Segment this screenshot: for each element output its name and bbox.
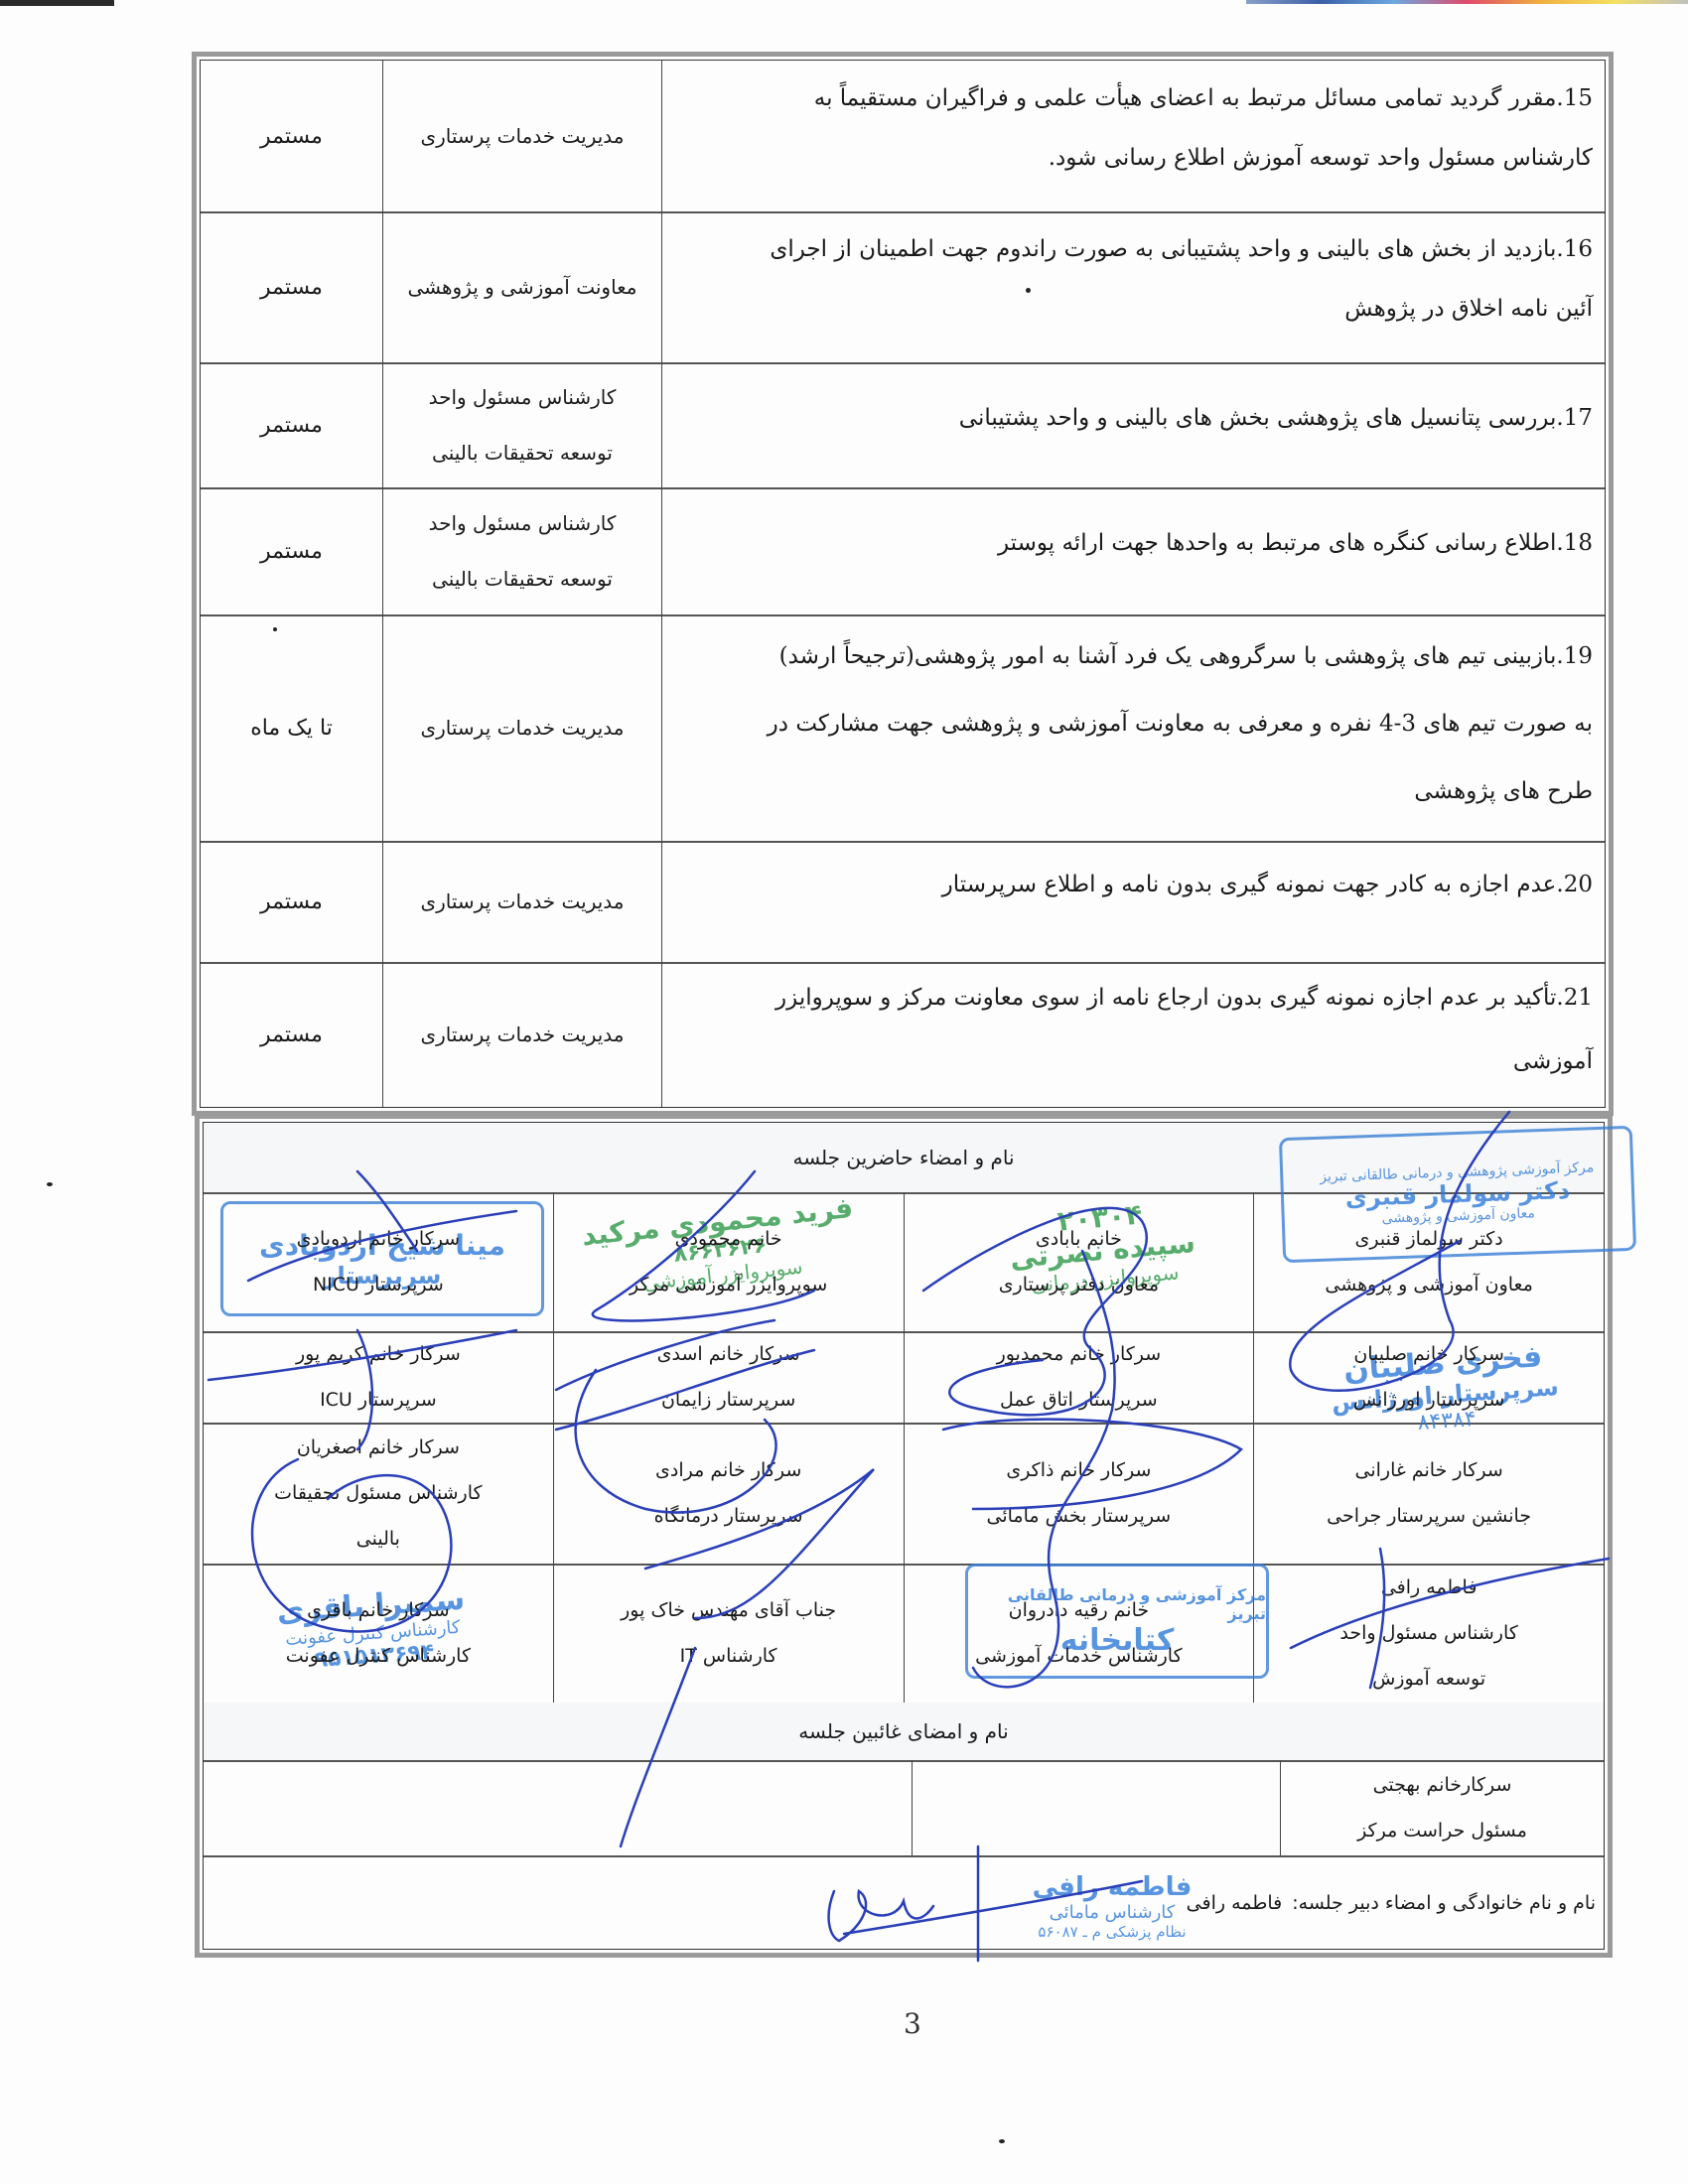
scan-speck — [47, 1182, 53, 1186]
description-cell: 15.مقرر گردید تمامی مسائل مرتبط به اعضای… — [662, 61, 1605, 211]
responsible-line: مدیریت خدمات پرستاری — [420, 1007, 624, 1062]
attendee-cell: سرکار خانم اسدی سرپرستار زایمان — [553, 1331, 904, 1423]
attendee-cell: سرکار خانم اصغریان کارشناس مسئول تحقیقات… — [204, 1423, 553, 1564]
deadline-cell: مستمر — [201, 362, 383, 487]
description-cell: 17.بررسی پتانسیل های پژوهشی بخش های بالی… — [662, 362, 1605, 487]
attendee-role: سرپرستار اتاق عمل — [1000, 1377, 1158, 1423]
absentee-name: سرکارخانم بهجتی — [1373, 1762, 1512, 1808]
description-line: 18.اطلاع رسانی کنگره های مرتبط به واحدها… — [680, 513, 1593, 573]
stamp-name: فاطمه رافی — [1033, 1872, 1193, 1902]
description-line: به صورت تیم های 3-4 نفره و معرفی به معاو… — [680, 690, 1593, 757]
attendee-name: سرکار خانم صلیبان — [1353, 1331, 1504, 1377]
responsible-cell: مدیریت خدمات پرستاری — [383, 841, 662, 962]
description-line: 20.عدم اجازه به کادر جهت نمونه گیری بدون… — [680, 855, 1593, 914]
responsible-cell: مدیریت خدمات پرستاری — [383, 614, 662, 841]
absentees-header: نام و امضای غائبین جلسه — [204, 1703, 1604, 1762]
attendees-row-2: سرکار خانم صلیبان سرپرستار اورژانس سرکار… — [204, 1331, 1604, 1425]
description-line: آموزشی — [680, 1029, 1593, 1093]
responsible-line: معاونت آموزشی و پژوهشی — [407, 259, 636, 315]
stamp-secretary: فاطمه رافی کارشناس مامائی نظام پزشکی م ـ… — [983, 1856, 1241, 1956]
responsible-line: کارشناس مسئول واحد — [429, 495, 617, 551]
scan-speck — [1026, 288, 1031, 293]
attendee-name: خانم محمودی — [675, 1216, 782, 1262]
responsible-cell: کارشناس مسئول واحد توسعه تحقیقات بالینی — [383, 487, 662, 614]
attendee-name: دکتر سولماز قنبری — [1355, 1216, 1503, 1262]
attendee-name: سرکار خانم کریم پور — [296, 1331, 461, 1377]
attendee-cell: جناب آقای مهندس خاک پور کارشناس IT — [553, 1564, 904, 1703]
responsible-cell: کارشناس مسئول واحد توسعه تحقیقات بالینی — [383, 362, 662, 487]
attendee-role: سرپرستار ICU — [320, 1377, 437, 1423]
deadline-cell: تا یک ماه — [201, 614, 383, 841]
attendee-name: سرکار خانم ذاکری — [1006, 1447, 1151, 1493]
action-row-15: مستمر مدیریت خدمات پرستاری 15.مقرر گردید… — [201, 61, 1605, 213]
scan-speck — [273, 627, 277, 631]
attendee-name: جناب آقای مهندس خاک پور — [621, 1587, 836, 1633]
responsible-line: توسعه تحقیقات بالینی — [432, 425, 613, 480]
attendee-name: خانم بابادی — [1036, 1216, 1122, 1262]
description-cell: 18.اطلاع رسانی کنگره های مرتبط به واحدها… — [662, 487, 1605, 614]
responsible-line: مدیریت خدمات پرستاری — [420, 874, 624, 929]
page-number: 3 — [904, 2007, 921, 2040]
action-row-18: مستمر کارشناس مسئول واحد توسعه تحقیقات ب… — [201, 487, 1605, 616]
attendee-role: سرپرستار درمانگاه — [654, 1493, 803, 1539]
attendee-name: فاطمه رافی — [1381, 1565, 1477, 1610]
attendee-role: سوپروایزر آموزشی مرکز — [630, 1262, 827, 1307]
deadline-cell: مستمر — [201, 841, 383, 962]
responsible-cell: معاونت آموزشی و پژوهشی — [383, 211, 662, 362]
deadline-cell: مستمر — [201, 211, 383, 362]
action-row-17: مستمر کارشناس مسئول واحد توسعه تحقیقات ب… — [201, 362, 1605, 489]
deadline-cell: مستمر — [201, 487, 383, 614]
attendee-role: سرپرستار بخش مامائی — [987, 1493, 1172, 1539]
stamp-role: کارشناس مامائی — [1050, 1902, 1176, 1923]
absentee-role: مسئول حراست مرکز — [1357, 1808, 1527, 1853]
description-line: 21.تأکید بر عدم اجازه نمونه گیری بدون ار… — [680, 966, 1593, 1029]
attendee-name: سرکار خانم محمدپور — [997, 1331, 1162, 1377]
attendee-role: سرپرستار NICU — [313, 1262, 444, 1307]
stamp-number: نظام پزشکی م ـ ۵۶۰۸۷ — [1038, 1923, 1186, 1941]
absentee-cell: سرکارخانم بهجتی مسئول حراست مرکز — [1280, 1760, 1604, 1855]
attendee-cell: سرکار خانم ذاکری سرپرستار بخش مامائی — [904, 1423, 1254, 1564]
attendee-role: کارشناس مسئول تحقیقات بالینی — [269, 1470, 488, 1562]
responsible-cell: مدیریت خدمات پرستاری — [383, 61, 662, 211]
action-row-20: مستمر مدیریت خدمات پرستاری 20.عدم اجازه … — [201, 841, 1605, 964]
attendee-role: کارشناس کنترل عفونت — [286, 1633, 471, 1679]
description-line: کارشناس مسئول واحد توسعه آموزش اطلاع رسا… — [680, 128, 1593, 188]
attendee-role: کارشناس خدمات آموزشی — [975, 1633, 1183, 1679]
absentee-cell-empty — [912, 1760, 1280, 1855]
attendee-name: سرکار خانم اردوبادی — [297, 1216, 460, 1262]
responsible-line: مدیریت خدمات پرستاری — [420, 700, 624, 755]
meeting-secretary-row: نام و نام خانوادگی و امضاء دبیر جلسه: فا… — [204, 1857, 1604, 1949]
responsible-line: مدیریت خدمات پرستاری — [420, 108, 624, 164]
description-line: 19.بازبینی تیم های پژوهشی با سرگروهی یک … — [680, 622, 1593, 690]
attendee-name: سرکار خانم باقری — [307, 1587, 449, 1633]
absentee-cell-empty — [204, 1760, 912, 1855]
description-cell: 20.عدم اجازه به کادر جهت نمونه گیری بدون… — [662, 841, 1605, 962]
description-line: 17.بررسی پتانسیل های پژوهشی بخش های بالی… — [680, 388, 1593, 448]
attendee-role: کارشناس مسئول واحد توسعه آموزش — [1320, 1610, 1538, 1702]
action-row-19: تا یک ماه مدیریت خدمات پرستاری 19.بازبین… — [201, 614, 1605, 843]
description-line: 15.مقرر گردید تمامی مسائل مرتبط به اعضای… — [680, 68, 1593, 128]
description-line: طرح های پژوهشی — [680, 757, 1593, 825]
attendee-role: معاون آموزشی و پژوهشی — [1325, 1262, 1533, 1307]
deadline-cell: مستمر — [201, 61, 383, 211]
attendee-role: سرپرستار اورژانس — [1353, 1377, 1504, 1423]
description-line: 16.بازدید از بخش های بالینی و واحد پشتیب… — [680, 219, 1593, 279]
attendee-role: جانشین سرپرستار جراحی — [1327, 1493, 1531, 1539]
description-line: آئین نامه اخلاق در پژوهش — [680, 279, 1593, 339]
attendee-cell: سرکار خانم مرادی سرپرستار درمانگاه — [553, 1423, 904, 1564]
scan-edge-mark — [0, 0, 114, 6]
attendee-role: سرپرستار زایمان — [661, 1377, 795, 1423]
attendee-name: سرکار خانم اسدی — [657, 1331, 800, 1377]
description-cell: 21.تأکید بر عدم اجازه نمونه گیری بدون ار… — [662, 962, 1605, 1107]
attendee-role: کارشناس IT — [680, 1633, 777, 1679]
secretary-label: نام و نام خانوادگی و امضاء دبیر جلسه: — [1292, 1892, 1596, 1914]
responsible-line: کارشناس مسئول واحد — [429, 369, 617, 425]
responsible-cell: مدیریت خدمات پرستاری — [383, 962, 662, 1107]
deadline-cell: مستمر — [201, 962, 383, 1107]
attendee-cell: سرکار خانم کریم پور سرپرستار ICU — [204, 1331, 553, 1423]
attendee-role: معاون دفتر پرستاری — [999, 1262, 1159, 1307]
action-row-16: مستمر معاونت آموزشی و پژوهشی 16.بازدید ا… — [201, 211, 1605, 364]
responsible-line: توسعه تحقیقات بالینی — [432, 551, 613, 607]
absentees-row: سرکارخانم بهجتی مسئول حراست مرکز — [204, 1760, 1604, 1857]
attendee-cell: فاطمه رافی کارشناس مسئول واحد توسعه آموز… — [1253, 1564, 1604, 1703]
scan-color-strip — [1246, 0, 1688, 4]
scan-speck — [999, 2139, 1005, 2143]
description-cell: 16.بازدید از بخش های بالینی و واحد پشتیب… — [662, 211, 1605, 362]
description-cell: 19.بازبینی تیم های پژوهشی با سرگروهی یک … — [662, 614, 1605, 841]
attendee-name: سرکار خانم مرادی — [655, 1447, 801, 1493]
signatures-table: نام و امضاء حاضرین جلسه دکتر سولماز قنبر… — [195, 1114, 1613, 1958]
attendee-name: سرکار خانم غارانی — [1355, 1447, 1503, 1493]
attendee-cell: سرکار خانم محمدپور سرپرستار اتاق عمل — [904, 1331, 1254, 1423]
attendee-name: سرکار خانم اصغریان — [297, 1425, 460, 1470]
action-row-21: مستمر مدیریت خدمات پرستاری 21.تأکید بر ع… — [201, 962, 1605, 1107]
attendee-name: خانم رقیه دادروان — [1009, 1587, 1150, 1633]
action-items-table: مستمر مدیریت خدمات پرستاری 15.مقرر گردید… — [192, 52, 1614, 1116]
